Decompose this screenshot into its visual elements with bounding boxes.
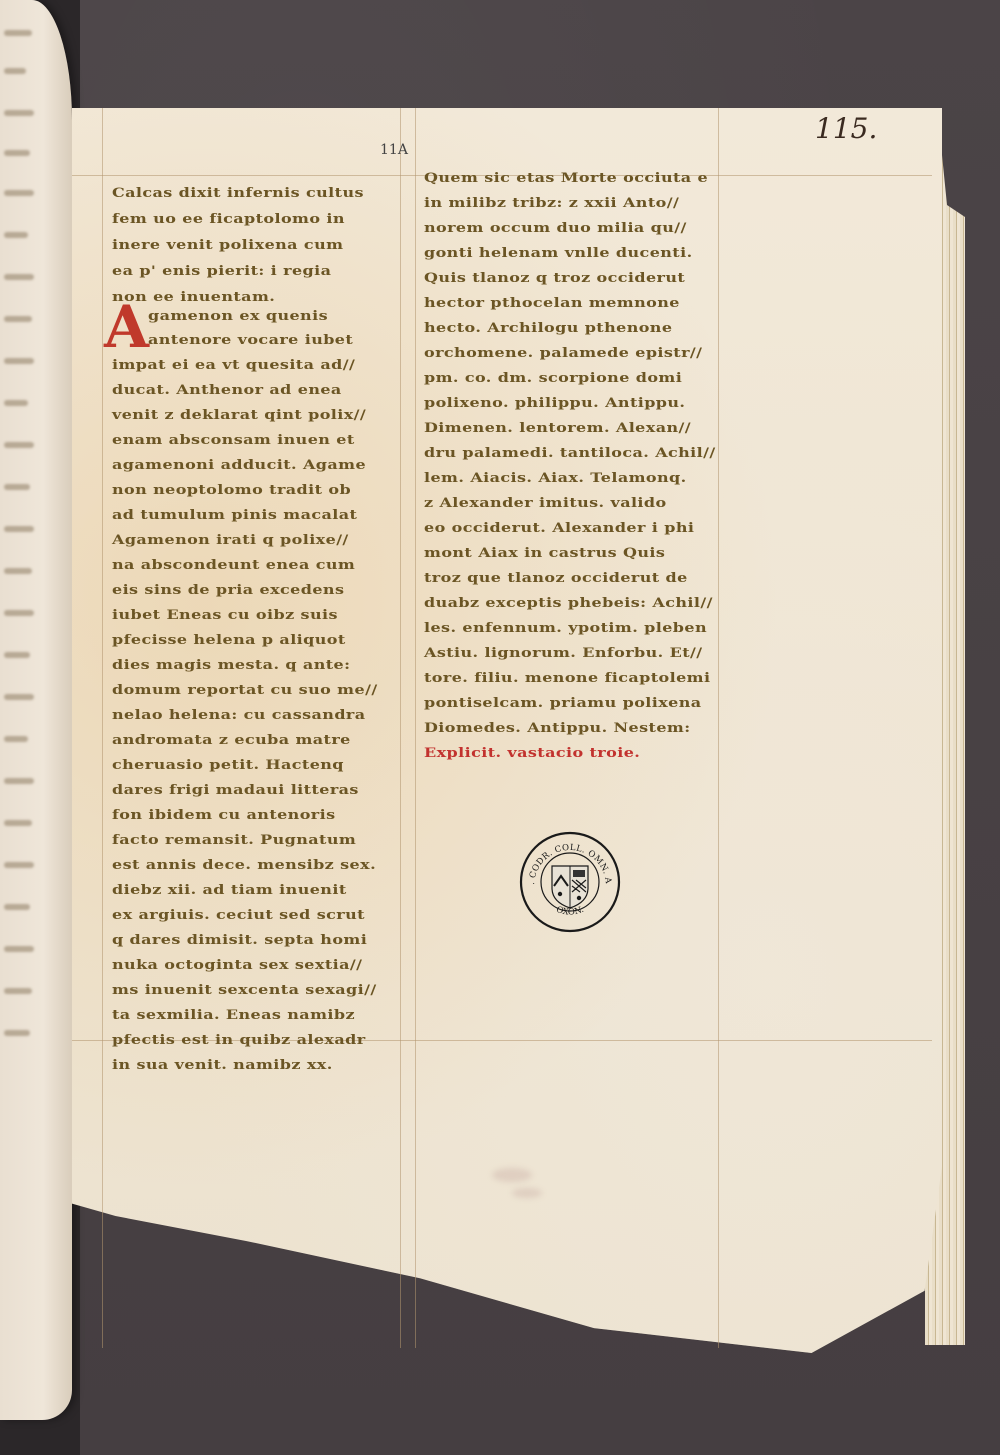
- text-line: na abscondeunt enea cum: [112, 557, 355, 573]
- text-line: ducat. Anthenor ad enea: [112, 382, 342, 398]
- text-line: nuka octoginta sex sextia//: [112, 957, 362, 973]
- text-line: orchomene. palamede epistr//: [424, 345, 702, 361]
- text-line: ms inuenit sexcenta sexagi//: [112, 982, 377, 998]
- text-line: venit z deklarat qint polix//: [112, 407, 366, 423]
- text-line: impat ei ea vt quesita ad//: [112, 357, 355, 373]
- text-line: domum reportat cu suo me//: [112, 682, 378, 698]
- text-line: pfecisse helena p aliquot: [112, 632, 346, 648]
- text-line: troz que tlanoz occiderut de: [424, 570, 688, 586]
- ruling-line: [415, 108, 416, 1348]
- text-line: cheruasio petit. Hactenq: [112, 757, 344, 773]
- text-line: ad tumulum pinis macalat: [112, 507, 357, 523]
- text-line: gamenon ex quenis: [148, 308, 328, 324]
- decorated-initial: A: [104, 298, 149, 356]
- text-line: ex argiuis. ceciut sed scrut: [112, 907, 365, 923]
- text-line: in milibz tribz: z xxii Anto//: [424, 195, 679, 211]
- text-line: norem occum duo milia qu//: [424, 220, 687, 236]
- text-line: fon ibidem cu antenoris: [112, 807, 336, 823]
- text-line: Quis tlanoz q troz occiderut: [424, 270, 685, 286]
- quire-mark: 11A: [380, 142, 408, 158]
- text-line: pfectis est in quibz alexadr: [112, 1032, 366, 1048]
- text-line: agamenoni adducit. Agame: [112, 457, 366, 473]
- text-line: hecto. Archilogu pthenone: [424, 320, 672, 336]
- text-line: duabz exceptis phebeis: Achil//: [424, 595, 713, 611]
- text-line: eis sins de pria excedens: [112, 582, 344, 598]
- text-line: Diomedes. Antippu. Nestem:: [424, 720, 691, 736]
- text-line: les. enfennum. ypotim. pleben: [424, 620, 707, 636]
- text-line: ta sexmilia. Eneas namibz: [112, 1007, 355, 1023]
- text-line: z Alexander imitus. valido: [424, 495, 667, 511]
- text-line: Agamenon irati q polixe//: [112, 532, 349, 548]
- text-line: fem uo ee ficaptolomo in: [112, 211, 345, 227]
- text-line: lem. Aiacis. Aiax. Telamonq.: [424, 470, 687, 486]
- text-line: nelao helena: cu cassandra: [112, 707, 366, 723]
- text-line: enam absconsam inuen et: [112, 432, 355, 448]
- text-line: iubet Eneas cu oibz suis: [112, 607, 338, 623]
- text-line: est annis dece. mensibz sex.: [112, 857, 376, 873]
- text-line: Quem sic etas Morte occiuta e: [424, 170, 708, 186]
- ruling-line: [102, 108, 103, 1348]
- text-line: antenore vocare iubet: [148, 332, 353, 348]
- library-stamp: BIBL. CODR. COLL. OMN. ANIM. OXON.: [518, 830, 622, 934]
- text-line: polixeno. philippu. Antippu.: [424, 395, 685, 411]
- text-line: mont Aiax in castrus Quis: [424, 545, 665, 561]
- text-line: eo occiderut. Alexander i phi: [424, 520, 694, 536]
- text-line: andromata z ecuba matre: [112, 732, 351, 748]
- folio-number: 115.: [815, 112, 877, 145]
- text-line: dares frigi madaui litteras: [112, 782, 359, 798]
- text-line: pm. co. dm. scorpione domi: [424, 370, 682, 386]
- text-line: Calcas dixit infernis cultus: [112, 185, 364, 201]
- facing-page-verso: [0, 0, 72, 1420]
- text-line: facto remansit. Pugnatum: [112, 832, 356, 848]
- text-line: q dares dimisit. septa homi: [112, 932, 367, 948]
- text-line: Astiu. lignorum. Enforbu. Et//: [424, 645, 703, 661]
- text-line: dies magis mesta. q ante:: [112, 657, 350, 673]
- text-line: pontiselcam. priamu polixena: [424, 695, 702, 711]
- text-line: inere venit polixena cum: [112, 237, 343, 253]
- text-line: tore. filiu. menone ficaptolemi: [424, 670, 711, 686]
- text-line: gonti helenam vnlle ducenti.: [424, 245, 693, 261]
- coat-of-arms-icon: [552, 866, 588, 908]
- text-line: in sua venit. namibz xx.: [112, 1057, 333, 1073]
- ruling-line: [718, 108, 719, 1348]
- ruling-line: [400, 108, 401, 1348]
- text-line: ea p' enis pierit: i regia: [112, 263, 331, 279]
- text-line: hector pthocelan memnone: [424, 295, 680, 311]
- text-line: non neoptolomo tradit ob: [112, 482, 351, 498]
- text-line: diebz xii. ad tiam inuenit: [112, 882, 347, 898]
- text-line: dru palamedi. tantiloca. Achil//: [424, 445, 716, 461]
- text-line: Dimenen. lentorem. Alexan//: [424, 420, 691, 436]
- text-line: non ee inuentam.: [112, 289, 275, 305]
- explicit-rubric: Explicit. vastacio troie.: [424, 745, 640, 761]
